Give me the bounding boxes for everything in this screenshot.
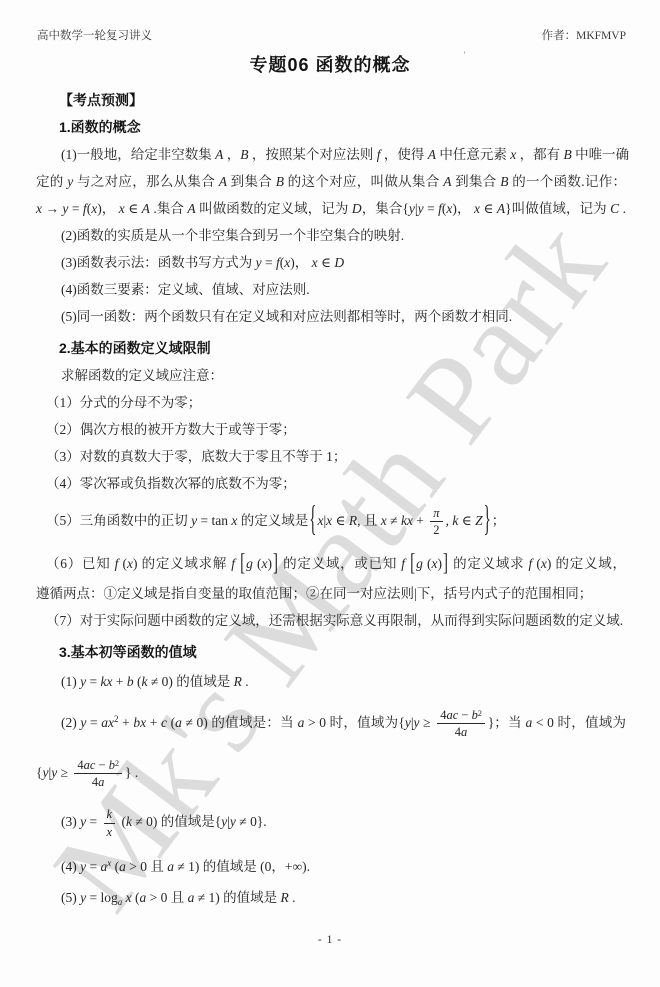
- fraction: 4ac − b24a: [437, 708, 485, 740]
- math-variable: k: [126, 814, 132, 829]
- superscript: 2: [115, 759, 119, 768]
- math-variable: a: [525, 715, 532, 730]
- math-variable: a: [298, 715, 305, 730]
- text-line: x → y = f(x)， x ∈ A .集合 A 叫做函数的定义域，记为 D，…: [36, 195, 626, 222]
- math-variable: x: [36, 201, 42, 216]
- math-variable: Z: [475, 513, 483, 528]
- math-variable: x: [510, 147, 516, 162]
- math-variable: a: [167, 859, 174, 874]
- math-variable: x: [262, 556, 268, 571]
- fraction: 4ac − b24a: [74, 758, 122, 790]
- math-variable: y: [256, 255, 262, 270]
- math-variable: ac: [84, 758, 96, 772]
- math-variable: c: [161, 715, 167, 730]
- text-line: (5)同一函数：两个函数只有在定义域和对应法则都相等时，两个函数才相同.: [36, 303, 626, 330]
- document-page: Mk's Math Park 高中数学一轮复习讲义 作者：MKFMVP 专题06…: [0, 0, 660, 987]
- page-header: 高中数学一轮复习讲义 作者：MKFMVP: [37, 27, 626, 43]
- text-line: (4) y = ax (a > 0 且 a ≠ 1) 的值域是 (0，+∞).: [36, 848, 626, 882]
- math-variable: k: [107, 807, 113, 821]
- math-variable: f: [83, 201, 87, 216]
- math-variable: B: [564, 147, 572, 162]
- stray-mark: ’: [463, 50, 466, 60]
- math-delimiter: {: [309, 504, 316, 540]
- math-variable: A: [428, 147, 436, 162]
- math-variable: x: [107, 825, 113, 839]
- text-line: 求解函数的定义域应注意：: [36, 362, 626, 389]
- section-3-heading: 3.基本初等函数的值域: [36, 639, 626, 666]
- superscript: x: [107, 858, 111, 868]
- text-line: (3) y = kx (k ≠ 0) 的值域是{y|y ≠ 0}.: [36, 798, 626, 848]
- math-variable: y: [80, 859, 86, 874]
- text-line: (2) y = ax2 + bx + c (a ≠ 0) 的值域是：当 a > …: [36, 697, 626, 749]
- section-2-heading: 2.基本的函数定义域限制: [36, 335, 626, 362]
- text-line: (4)函数三要素：定义域、值域、对应法则.: [36, 276, 626, 303]
- exam-prediction-label: 【考点预测】: [36, 87, 626, 114]
- math-variable: y: [80, 674, 86, 689]
- math-variable: f: [115, 556, 119, 571]
- math-variable: x: [127, 556, 133, 571]
- math-variable: y: [191, 513, 197, 528]
- section-3-content: (1) y = kx + b (k ≠ 0) 的值域是 R .(2) y = a…: [36, 666, 626, 918]
- math-variable: g: [246, 556, 253, 571]
- math-variable: y: [42, 765, 48, 780]
- math-variable: a: [119, 859, 126, 874]
- math-variable: y: [418, 201, 424, 216]
- math-variable: A: [443, 174, 451, 189]
- text-line: （3）对数的真数大于零，底数大于零且不等于 1；: [36, 443, 626, 470]
- text-line: （1）分式的分母不为零；: [36, 389, 626, 416]
- math-variable: y: [62, 201, 68, 216]
- section-1-content: (1)一般地，给定非空数集 A ，B ，按照某个对应法则 f ，使得 A 中任意…: [36, 141, 626, 330]
- math-delimiter: [: [240, 553, 245, 577]
- math-variable: B: [240, 147, 248, 162]
- math-variable: y: [80, 715, 86, 730]
- math-variable: y: [80, 814, 86, 829]
- math-variable: b: [127, 674, 134, 689]
- math-variable: x: [432, 556, 438, 571]
- header-author-text: 作者：MKFMVP: [542, 27, 626, 43]
- header-left-text: 高中数学一轮复习讲义: [37, 27, 152, 43]
- math-variable: k: [141, 674, 147, 689]
- math-variable: x: [446, 201, 452, 216]
- subscript: a: [118, 897, 123, 907]
- superscript: 2: [114, 714, 119, 724]
- math-variable: y: [405, 715, 411, 730]
- math-variable: D: [334, 255, 344, 270]
- math-variable: R: [234, 674, 242, 689]
- math-variable: a: [175, 715, 182, 730]
- math-variable: y: [67, 174, 73, 189]
- text-line: (2)函数的实质是从一个非空集合到另一个非空集合的映射.: [36, 222, 626, 249]
- math-variable: A: [219, 174, 227, 189]
- math-variable: R: [349, 513, 357, 528]
- math-variable: x: [231, 513, 237, 528]
- page-title: 专题06 函数的概念: [0, 51, 660, 77]
- math-variable: bx: [133, 715, 146, 730]
- text-line: 遵循两点：①定义域是指自变量的取值范围；②在同一对应法则|下，括号内式子的范围相…: [36, 580, 626, 607]
- math-variable: y: [409, 201, 415, 216]
- math-variable: kx: [101, 674, 113, 689]
- math-variable: a: [98, 775, 104, 789]
- math-variable: x: [474, 201, 480, 216]
- math-delimiter: [: [410, 553, 415, 577]
- math-variable: ac: [446, 708, 458, 722]
- math-variable: A: [187, 201, 195, 216]
- math-variable: f: [529, 556, 533, 571]
- text-line: (1) y = kx + b (k ≠ 0) 的值域是 R .: [36, 666, 626, 697]
- math-variable: R: [281, 890, 289, 905]
- math-variable: f: [377, 147, 381, 162]
- text-line: (5) y = loga x (a > 0 且 a ≠ 1) 的值域是 R .: [36, 882, 626, 918]
- math-variable: y: [51, 765, 57, 780]
- math-variable: x: [91, 201, 97, 216]
- math-variable: x: [317, 513, 323, 528]
- superscript: 2: [478, 709, 482, 718]
- math-variable: a: [461, 725, 467, 739]
- text-line: （4）零次幂或负指数次幂的底数不为零；: [36, 470, 626, 497]
- math-variable: f: [401, 556, 405, 571]
- math-variable: x: [312, 255, 318, 270]
- page-number: - 1 -: [0, 934, 660, 946]
- math-variable: A: [215, 147, 223, 162]
- math-variable: y: [80, 890, 86, 905]
- math-variable: x: [119, 201, 125, 216]
- math-variable: x: [126, 890, 132, 905]
- math-variable: y: [221, 814, 227, 829]
- math-variable: C: [610, 201, 619, 216]
- math-variable: g: [416, 556, 423, 571]
- math-variable: B: [276, 174, 284, 189]
- math-variable: x: [326, 513, 332, 528]
- math-variable: a: [188, 890, 195, 905]
- math-delimiter: ]: [443, 553, 448, 577]
- document-body: 【考点预测】 1.函数的概念 (1)一般地，给定非空数集 A ，B ，按照某个对…: [36, 87, 626, 918]
- text-line: （5）三角函数中的正切 y = tan x 的定义域是{x|x ∈ R, 且 x…: [36, 497, 626, 547]
- text-line: (3)函数表示法：函数书写方式为 y = f(x)， x ∈ D: [36, 249, 626, 276]
- section-1-heading: 1.函数的概念: [36, 114, 626, 141]
- math-variable: π: [433, 506, 439, 520]
- fraction: π2: [430, 506, 442, 538]
- math-variable: x: [284, 255, 290, 270]
- math-variable: x: [381, 513, 387, 528]
- math-variable: A: [497, 201, 505, 216]
- math-variable: f: [438, 201, 442, 216]
- math-variable: D: [352, 201, 362, 216]
- math-variable: ax: [101, 715, 114, 730]
- section-2-content: 求解函数的定义域应注意：（1）分式的分母不为零；（2）偶次方根的被开方数大于或等…: [36, 362, 626, 634]
- math-variable: kx: [401, 513, 413, 528]
- math-variable: f: [276, 255, 280, 270]
- math-variable: A: [142, 201, 150, 216]
- fraction: kx: [104, 807, 116, 839]
- text-line: 定的 y 与之对应，那么从集合 A 到集合 B 的这个对应，叫做从集合 A 到集…: [36, 168, 626, 195]
- text-line: (1)一般地，给定非空数集 A ，B ，按照某个对应法则 f ，使得 A 中任意…: [36, 141, 626, 168]
- text-line: （7）对于实际问题中函数的定义域，还需根据实际意义再限制，从而得到实际问题函数的…: [36, 607, 626, 634]
- math-variable: a: [140, 890, 147, 905]
- math-delimiter: ]: [273, 553, 278, 577]
- math-variable: y: [230, 814, 236, 829]
- math-variable: B: [500, 174, 508, 189]
- text-line: {y|y ≥ 4ac − b24a} .: [36, 749, 626, 799]
- text-line: （6）已知 f (x) 的定义域求解 f [g (x)] 的定义域，或已知 f …: [36, 547, 626, 580]
- math-variable: y: [414, 715, 420, 730]
- math-variable: x: [541, 556, 547, 571]
- math-variable: k: [452, 513, 458, 528]
- math-variable: f: [231, 556, 235, 571]
- text-line: （2）偶次方根的被开方数大于或等于零；: [36, 416, 626, 443]
- math-delimiter: }: [484, 504, 491, 540]
